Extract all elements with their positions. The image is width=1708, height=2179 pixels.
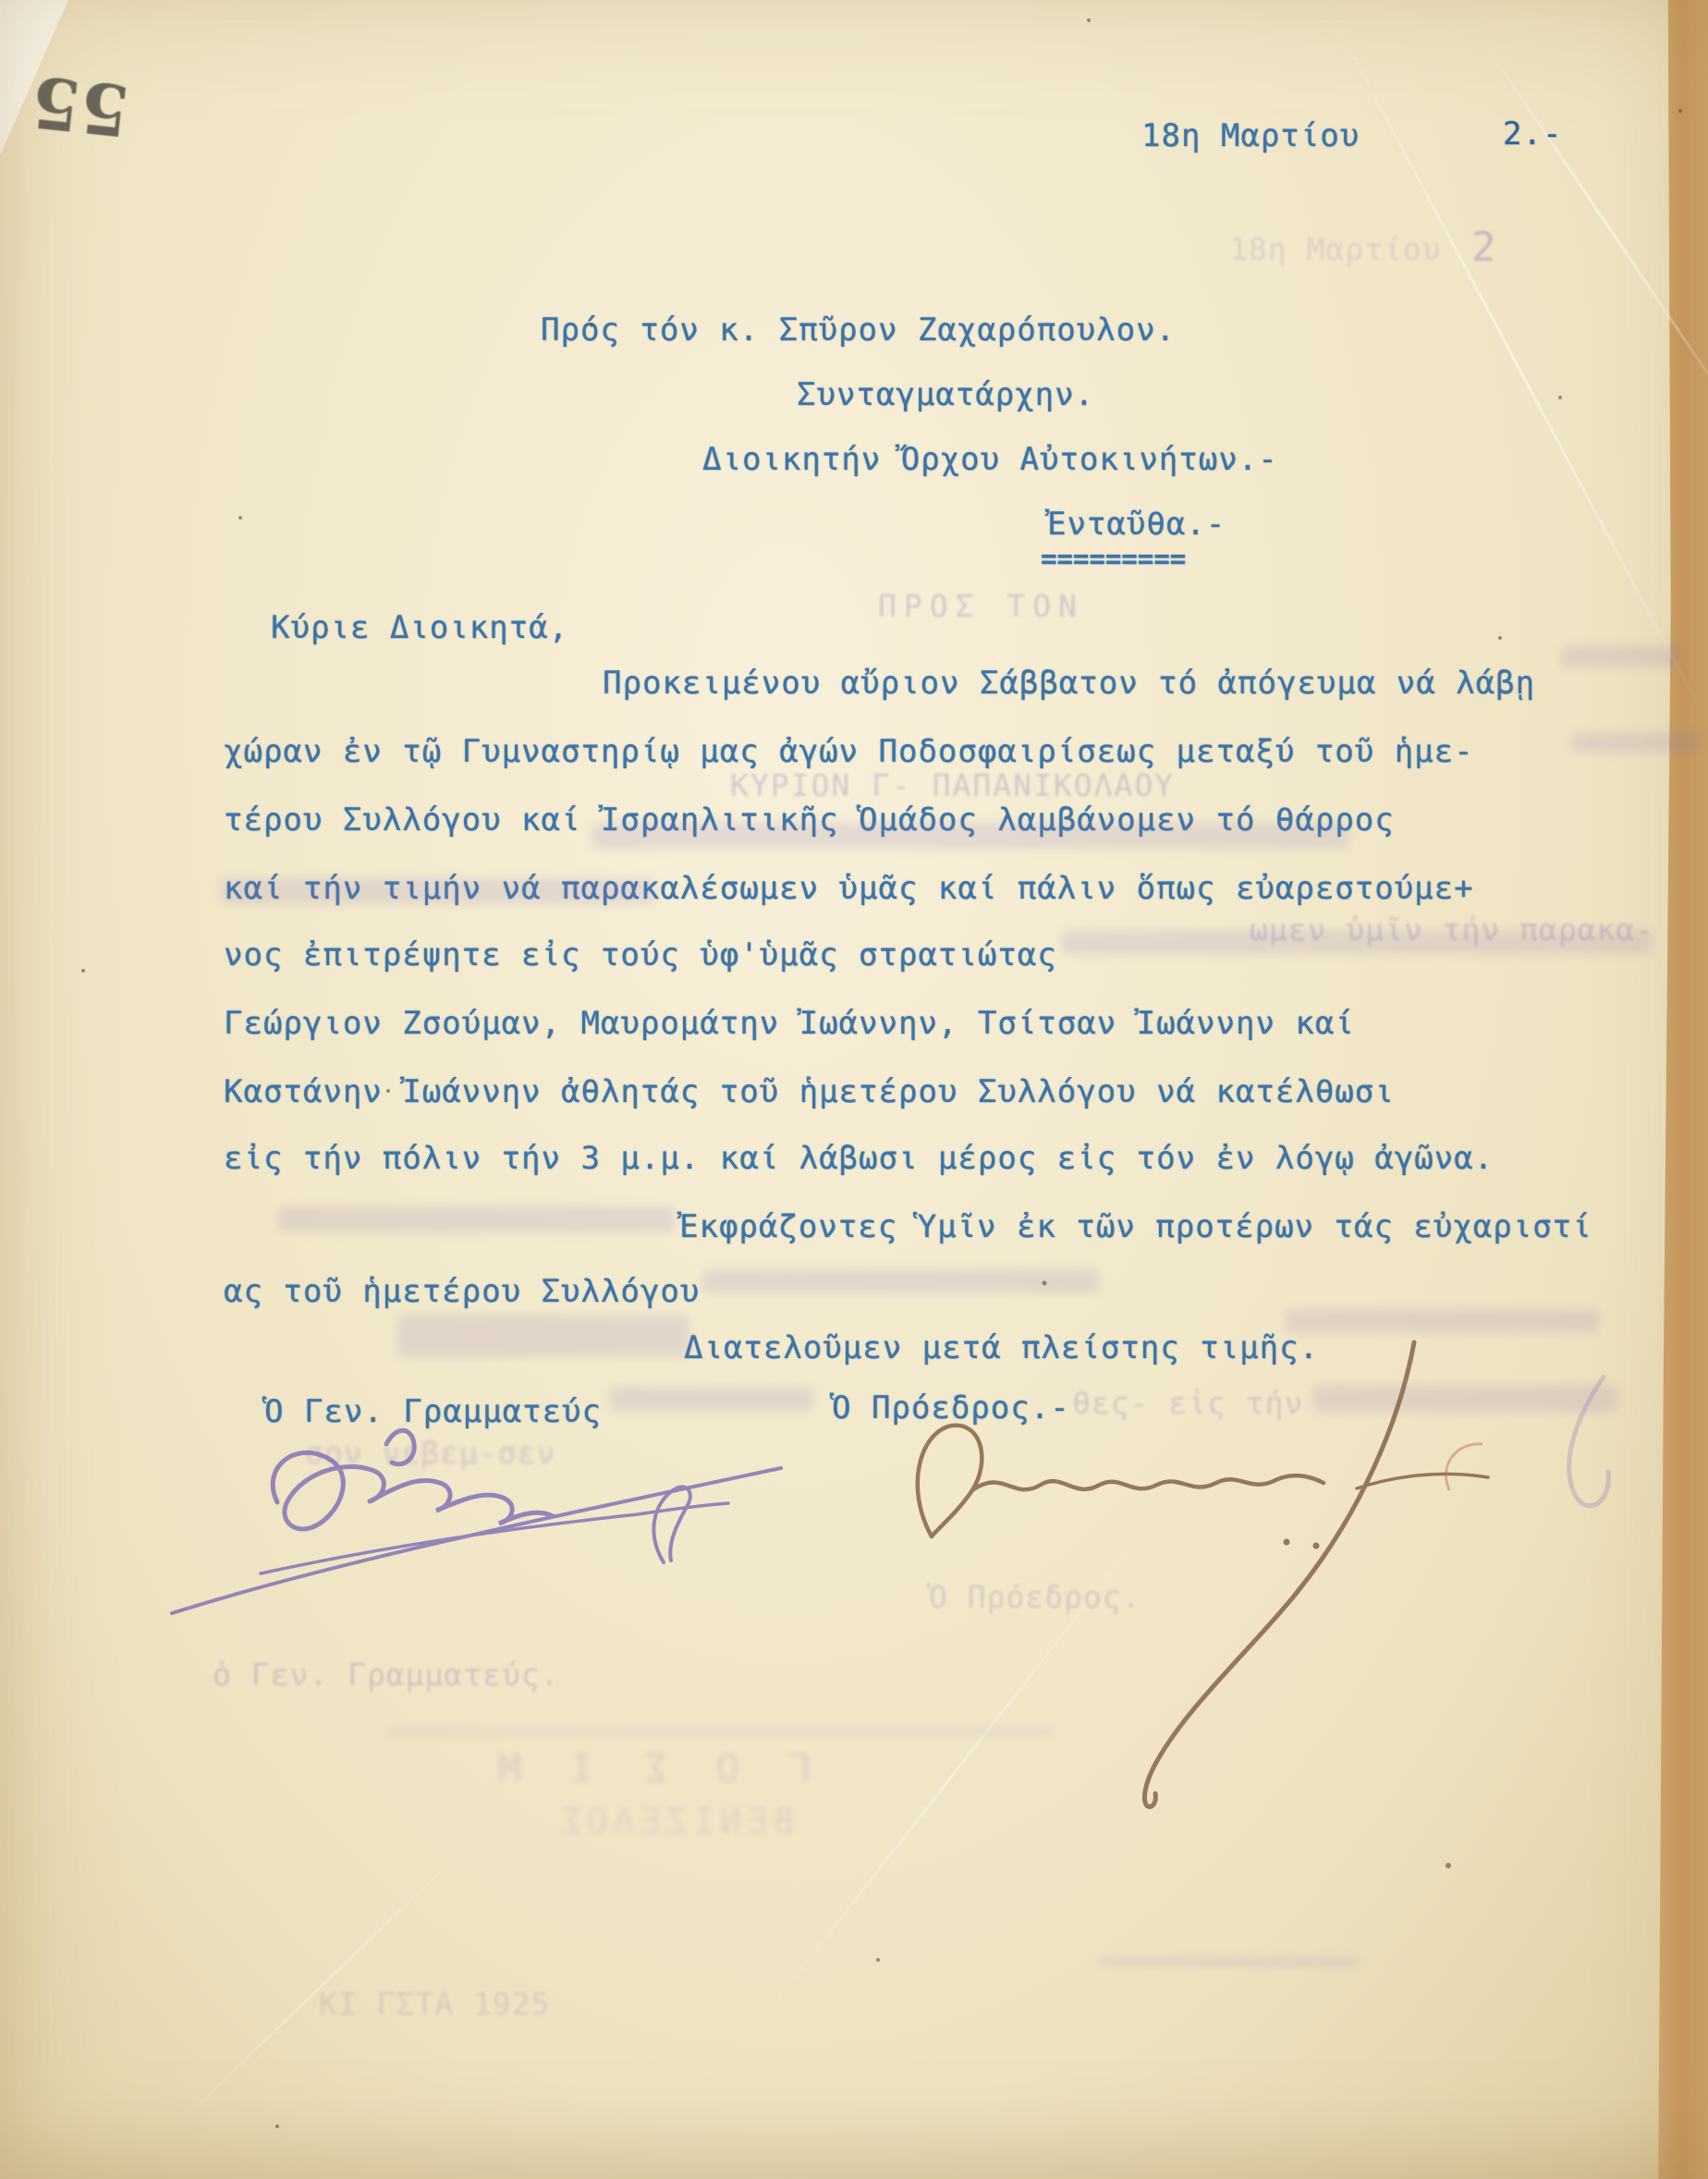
- recipient-line-1: Πρός τόν κ. Σπῦρον Ζαχαρόπουλον.: [541, 311, 1176, 350]
- ghost-stamp-row2: ΒΕΝΙΖΕΛΟΣ: [555, 1801, 795, 1842]
- ghost-bottom-mark: ΚΙ ΓΣΤΑ 1925: [319, 1986, 550, 2022]
- ghost-smudge: [702, 1269, 1100, 1293]
- ghost-smudge: [1285, 1309, 1599, 1333]
- body-line-8: εἰς τήν πόλιν τήν 3 μ.μ. καί λάβωσι μέρο…: [224, 1139, 1494, 1179]
- ghost-smudge: [397, 1315, 689, 1357]
- body-line-10: ας τοῦ ἡμετέρου Συλλόγου: [224, 1272, 700, 1312]
- ghost-date-num: 2: [1471, 224, 1497, 271]
- ghost-addr-2: ΚΥΡΙΟΝ Γ- ΠΑΠΑΝΙΚΟΛΑΟΥ: [730, 767, 1175, 803]
- ghost-smudge: [1571, 732, 1701, 753]
- ghost-date: 18η Μαρτίου: [1229, 231, 1442, 267]
- body-line-2: χώραν ἐν τῷ Γυμναστηρίῳ μας ἀγών Ποδοσφα…: [224, 732, 1474, 772]
- ghost-secretary-title: ὁ Γεν. Γραμματεύς.: [213, 1657, 560, 1693]
- scanned-letter-page: { "page": { "number_stamp": "55" }, "hea…: [0, 0, 1708, 2179]
- ghost-president-title: Ὁ Πρόεδρος.: [929, 1579, 1141, 1615]
- page-number-stamp: 55: [28, 60, 133, 153]
- body-line-9: Ἐκφράζοντες Ὑμῖν ἐκ τῶν προτέρων τάς εὐχ…: [679, 1207, 1592, 1247]
- valediction: Διατελοῦμεν μετά πλείστης τιμῆς.: [684, 1328, 1319, 1368]
- recipient-underline: =========: [1041, 542, 1186, 575]
- ghost-smudge: [220, 878, 654, 904]
- recipient-line-3: Διοικητήν Ὄρχου Αὐτοκινήτων.-: [702, 440, 1278, 480]
- recipient-line-4: Ἐνταῦθα.-: [1047, 505, 1226, 545]
- ghost-smudge: [1312, 1385, 1617, 1413]
- salutation: Κύριε Διοικητά,: [271, 608, 568, 648]
- body-line-6: Γεώργιον Ζσούμαν, Μαυρομάτην Ἰωάννην, Τσ…: [224, 1004, 1355, 1044]
- body-line-7: Καστάνην Ἰωάννην ἀθλητάς τοῦ ἡμετέρου Συ…: [224, 1072, 1395, 1112]
- body-line-1: Προκειμένου αὔριον Σάββατον τό ἀπόγευμα …: [603, 664, 1535, 704]
- recipient-line-2: Συνταγματάρχην.: [797, 375, 1094, 415]
- ghost-smudge: [386, 1729, 1052, 1735]
- ghost-sig-overtext: σον νεβεμ-σεν: [305, 1435, 555, 1471]
- president-title: Ὁ Πρόεδρος.-: [832, 1389, 1070, 1428]
- ghost-smudge: [277, 1206, 675, 1232]
- ghost-frag-eis-tin: θες- εἰς τήν: [1072, 1385, 1303, 1421]
- ghost-smudge: [1560, 645, 1680, 667]
- ghost-addr-1: ΠΡΟΣ ΤΟΝ: [878, 588, 1084, 624]
- ghost-smudge: [610, 1387, 813, 1411]
- secretary-title: Ὁ Γεν. Γραμματεύς: [264, 1392, 602, 1432]
- page-ref: 2.-: [1503, 115, 1562, 154]
- ghost-smudge: [1100, 1958, 1359, 1965]
- letter-date: 18η Μαρτίου: [1141, 116, 1360, 156]
- ghost-smudge: [592, 823, 1349, 849]
- ghost-smudge: [1061, 930, 1653, 954]
- body-line-5: νος ἐπιτρέψητε εἰς τούς ὑφ'ὑμᾶς στρατιώτ…: [224, 936, 1057, 975]
- ghost-stamp-row1: Γ Ο Σ Ι Μ: [485, 1745, 812, 1791]
